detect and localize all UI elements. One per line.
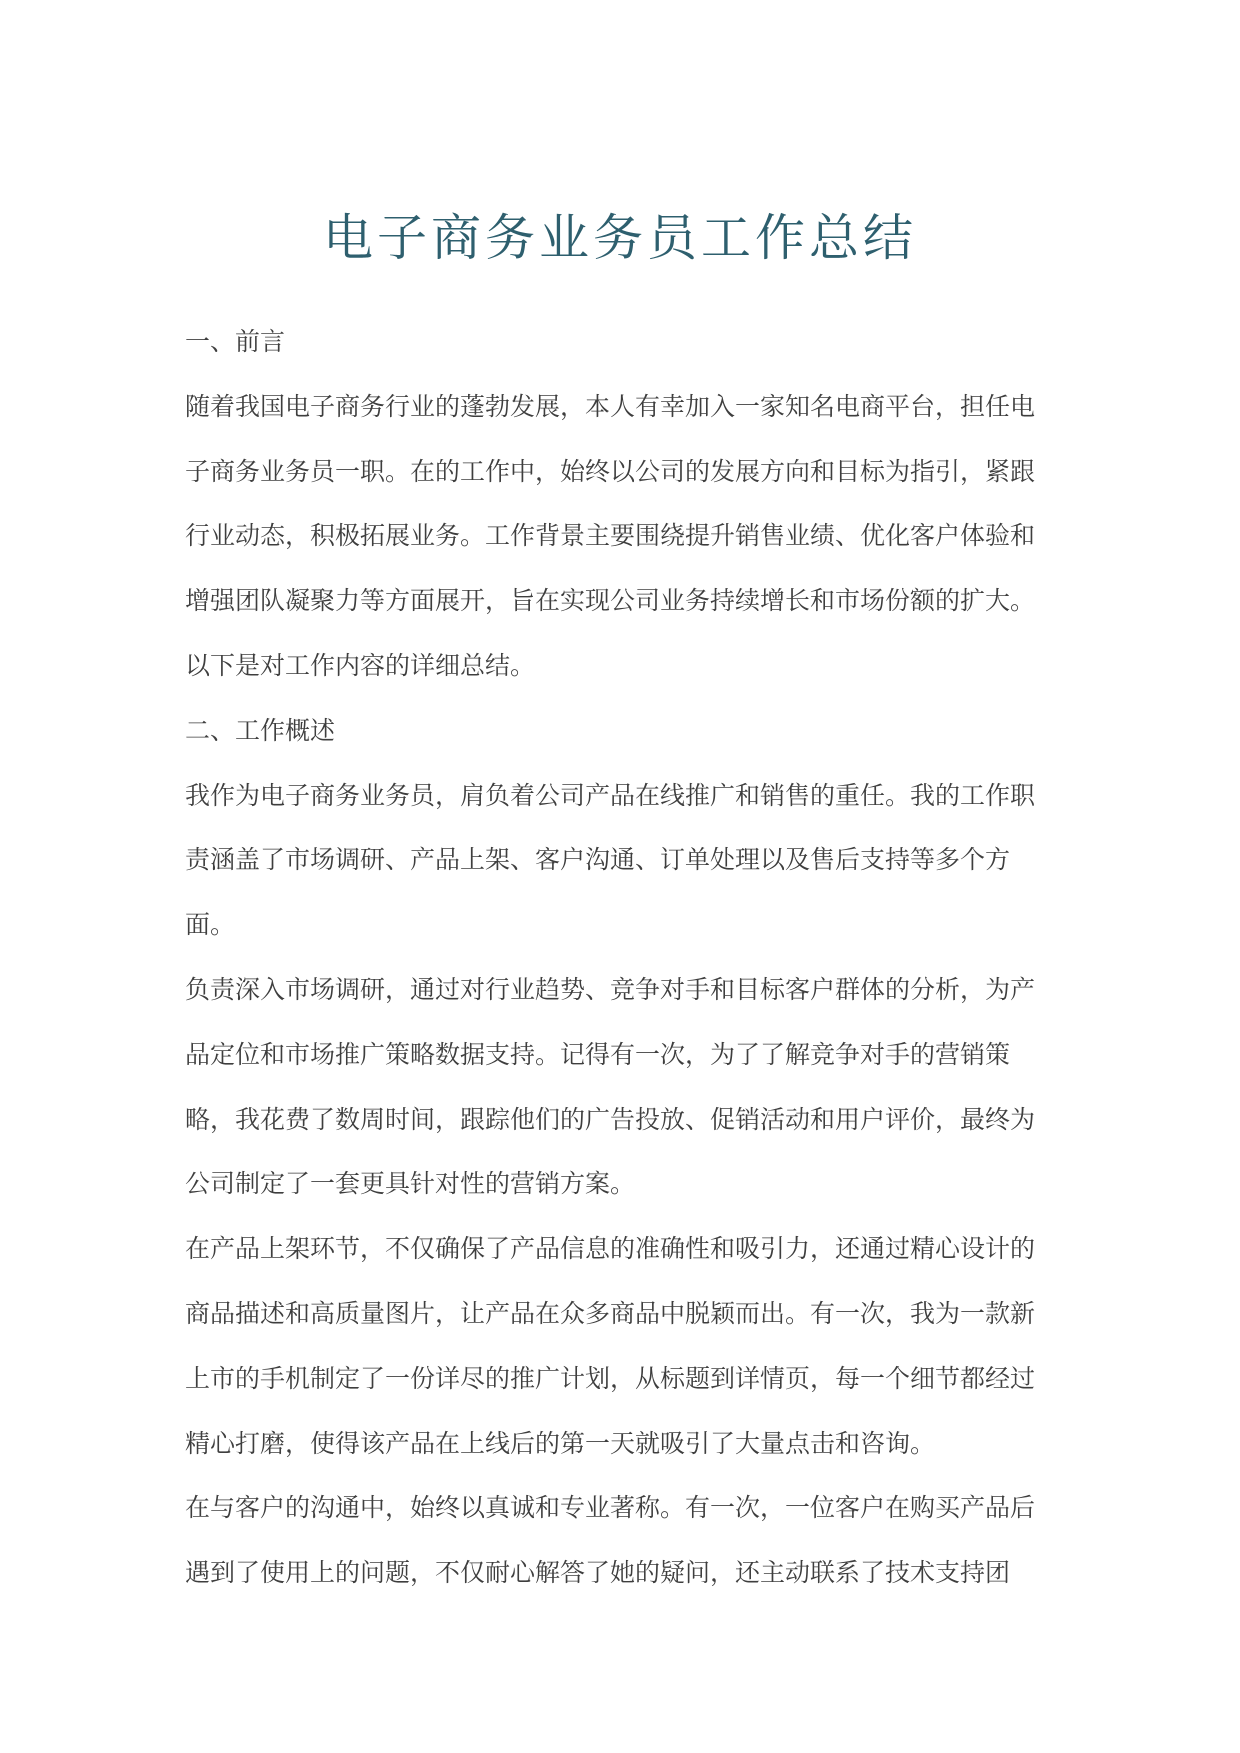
body-paragraph: 我作为电子商务业务员，肩负着公司产品在线推广和销售的重任。我的工作职责涵盖了市场…: [185, 764, 1055, 958]
document-body: 一、前言 随着我国电子商务行业的蓬勃发展，本人有幸加入一家知名电商平台，担任电子…: [185, 310, 1055, 1606]
body-paragraph: 随着我国电子商务行业的蓬勃发展，本人有幸加入一家知名电商平台，担任电子商务业务员…: [185, 375, 1055, 699]
body-paragraph: 在产品上架环节，不仅确保了产品信息的准确性和吸引力，还通过精心设计的商品描述和高…: [185, 1217, 1055, 1476]
document-title: 电子商务业务员工作总结: [185, 206, 1055, 271]
section-heading: 二、工作概述: [185, 699, 1055, 764]
section-heading: 一、前言: [185, 310, 1055, 375]
body-paragraph: 负责深入市场调研，通过对行业趋势、竞争对手和目标客户群体的分析，为产品定位和市场…: [185, 958, 1055, 1217]
body-paragraph: 在与客户的沟通中，始终以真诚和专业著称。有一次，一位客户在购买产品后遇到了使用上…: [185, 1476, 1055, 1606]
document-page: 电子商务业务员工作总结 一、前言 随着我国电子商务行业的蓬勃发展，本人有幸加入一…: [0, 0, 1240, 1753]
